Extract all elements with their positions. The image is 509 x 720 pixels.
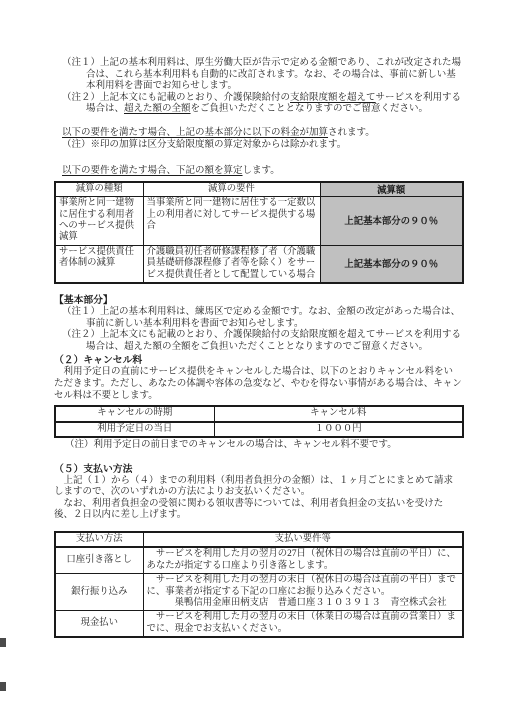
deduction-row2-requirement: 介護職員初任者研修課程修了者（介護職員基礎研修課程修了者等を除く）をサービス提供…: [143, 245, 320, 283]
payment-table-row-1: 口座引き落とし サービスを利用した月の翌月の27日（祝休日の場合は直前の平日）に…: [55, 547, 463, 573]
deduction-heading-line: 以下の要件を満たす場合、下記の額を算定します。: [62, 166, 462, 178]
payment-table-row-3: 現金払い サービスを利用した月の翌月の末日（休業日の場合は直前の営業日）までに、…: [55, 611, 463, 637]
scan-artifact-top: [0, 638, 6, 647]
deduction-row1-type: 事業所と同一建物に居住する利用者へのサービス提供減算: [55, 197, 143, 246]
cancel-section-heading: （２）キャンセル料: [54, 355, 462, 367]
deduction-table-row-2: サービス提供責任者体制の減算 介護職員初任者研修課程修了者（介護職員基礎研修課程…: [55, 245, 463, 283]
deduction-header-type: 減算の種類: [55, 182, 143, 197]
cancel-table-header-row: キャンセルの時期 キャンセル料: [55, 406, 463, 421]
cancel-header-time: キャンセルの時期: [55, 406, 214, 421]
top-note-2-text: 上記本文にも記載のとおり、介護保険給付の支給限度額を超えてサービスを利用する場合…: [86, 93, 461, 115]
cancel-header-fee: キャンセル料: [214, 406, 463, 421]
payment-row2-terms-line1: サービスを利用した月の翌月の末日（祝休日の場合は直前の平日）までに、事業者が指定…: [147, 575, 460, 598]
basic-note-1-text: 上記の基本利用料は、練馬区で定める金額です。なお、金額の改定があった場合は、事前…: [86, 307, 460, 329]
payment-table-row-2: 銀行振り込み サービスを利用した月の翌月の末日（祝休日の場合は直前の平日）までに…: [55, 574, 463, 611]
basic-note-2-text: 上記本文にも記載のとおり、介護保険給付の支給限度額を超えてサービスを利用する場合…: [86, 330, 461, 352]
payment-row2-method: 銀行振り込み: [55, 574, 143, 611]
payment-row2-terms-line2: 巣鴨信用金庫田柄支店 普通口座３１０３９１３ 青空株式会社: [147, 598, 460, 609]
top-note-1-text: 上記の基本利用料は、厚生労働大臣が告示で定める金額であり、これが改定された場合は…: [86, 58, 461, 91]
addition-heading-line: 以下の要件を満たす場合、上記の基本部分に以下の料金が加算されます。: [62, 128, 462, 140]
payment-row1-terms: サービスを利用した月の翌月の27日（祝休日の場合は直前の平日）に、あなたが指定す…: [143, 547, 463, 573]
basic-note-1: （注１）上記の基本利用料は、練馬区で定める金額です。なお、金額の改定があった場合…: [62, 307, 462, 330]
cancel-table: キャンセルの時期 キャンセル料 利用予定日の当日 １０００円: [54, 405, 464, 438]
addition-note: （注）※印の加算は区分支給限度額の算定対象からは除かれます。: [62, 140, 462, 152]
basic-note-1-label: （注１）: [62, 307, 100, 317]
scan-artifact-bottom: [0, 682, 6, 691]
basic-note-2-label: （注２）: [62, 330, 100, 340]
document-page: （注１）上記の基本利用料は、厚生労働大臣が告示で定める金額であり、これが改定され…: [0, 0, 509, 720]
deduction-row2-type: サービス提供責任者体制の減算: [55, 245, 143, 283]
payment-row1-terms-line1: サービスを利用した月の翌月の27日（祝休日の場合は直前の平日）に、あなたが指定す…: [147, 549, 460, 572]
payment-table-header-row: 支払い方法 支払い要件等: [55, 532, 463, 547]
payment-paragraph-2: なお、利用者負担金の受領に関わる領収書等については、利用者負担金の支払いを受けた…: [54, 499, 462, 522]
payment-row2-terms: サービスを利用した月の翌月の末日（祝休日の場合は直前の平日）までに、事業者が指定…: [143, 574, 463, 611]
cancel-note: （注）利用予定日の前日までのキャンセルの場合は、キャンセル料不要です。: [65, 440, 462, 452]
deduction-header-requirement: 減算の要件: [143, 182, 320, 197]
deduction-table-header-row: 減算の種類 減算の要件 減算額: [55, 182, 463, 197]
deduction-row1-requirement: 当事業所と同一建物に居住する一定数以上の利用者に対してサービス提供する場合: [143, 197, 320, 246]
deduction-header-amount: 減算額: [320, 182, 463, 197]
payment-paragraph-1: 上記（１）から（４）までの利用料（利用者負担分の金額）は、１ヶ月ごとにまとめて請…: [54, 476, 462, 499]
top-note-1-label: （注１）: [62, 58, 100, 68]
top-note-1: （注１）上記の基本利用料は、厚生労働大臣が告示で定める金額であり、これが改定され…: [62, 58, 462, 93]
basic-section-heading: 【基本部分】: [54, 295, 462, 307]
payment-row3-method: 現金払い: [55, 611, 143, 637]
deduction-table: 減算の種類 減算の要件 減算額 事業所と同一建物に居住する利用者へのサービス提供…: [54, 181, 464, 284]
payment-header-method: 支払い方法: [55, 532, 143, 547]
payment-row1-method: 口座引き落とし: [55, 547, 143, 573]
cancel-table-row: 利用予定日の当日 １０００円: [55, 422, 463, 437]
payment-section-heading: （５）支払い方法: [54, 464, 462, 476]
top-note-2-label: （注２）: [62, 93, 100, 103]
deduction-row2-amount: 上記基本部分の９０％: [320, 245, 463, 283]
basic-note-2: （注２）上記本文にも記載のとおり、介護保険給付の支給限度額を超えてサービスを利用…: [62, 330, 462, 353]
deduction-row1-amount: 上記基本部分の９０％: [320, 197, 463, 246]
cancel-paragraph: 利用予定日の直前にサービス提供をキャンセルした場合は、以下のとおりキャンセル料を…: [54, 367, 462, 402]
payment-row3-terms: サービスを利用した月の翌月の末日（休業日の場合は直前の営業日）までに、現金でお支…: [143, 611, 463, 637]
cancel-row-fee: １０００円: [214, 422, 463, 437]
cancel-row-time: 利用予定日の当日: [55, 422, 214, 437]
top-note-2: （注２）上記本文にも記載のとおり、介護保険給付の支給限度額を超えてサービスを利用…: [62, 93, 462, 116]
document-content: （注１）上記の基本利用料は、厚生労働大臣が告示で定める金額であり、これが改定され…: [54, 58, 462, 638]
deduction-table-row-1: 事業所と同一建物に居住する利用者へのサービス提供減算 当事業所と同一建物に居住す…: [55, 197, 463, 246]
payment-row3-terms-line1: サービスを利用した月の翌月の末日（休業日の場合は直前の営業日）までに、現金でお支…: [147, 612, 460, 635]
payment-header-terms: 支払い要件等: [143, 532, 463, 547]
payment-table: 支払い方法 支払い要件等 口座引き落とし サービスを利用した月の翌月の27日（祝…: [54, 531, 464, 638]
